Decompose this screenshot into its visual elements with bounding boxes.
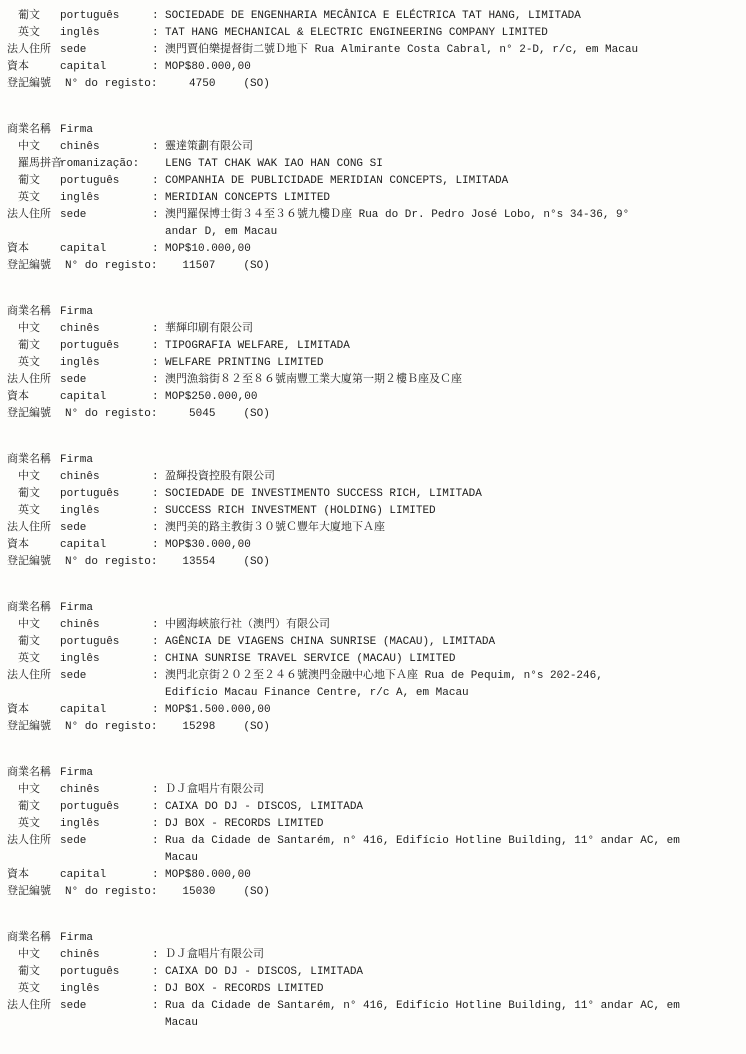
label-portuguese: sede (60, 998, 152, 1015)
colon-separator: : (152, 617, 165, 634)
field-value: 華輝印刷有限公司 (165, 321, 730, 338)
field-value: WELFARE PRINTING LIMITED (165, 355, 730, 372)
label-portuguese: capital (60, 867, 152, 884)
field-value: AGÊNCIA DE VIAGENS CHINA SUNRISE (MACAU)… (165, 634, 730, 651)
company-record: 商業名稱Firma中文chinês:ＤＪ盒唱片有限公司葡文português:C… (7, 930, 730, 1032)
label-portuguese: chinês (60, 617, 152, 634)
registration-suffix: (SO) (243, 76, 269, 93)
colon-separator: : (152, 372, 165, 389)
record-field-row: 法人住所sede:澳門漁翁街８２至８６號南豐工業大廈第一期２樓Ｂ座及Ｃ座 (7, 372, 730, 389)
company-record: 商業名稱Firma中文chinês:華輝印刷有限公司葡文português:TI… (7, 304, 730, 423)
label-chinese: 葡文 (7, 486, 60, 503)
record-field-row: 資本capital:MOP$1.500.000,00 (7, 702, 730, 719)
record-field-row: 葡文português:COMPANHIA DE PUBLICIDADE MER… (7, 173, 730, 190)
field-value: CHINA SUNRISE TRAVEL SERVICE (MACAU) LIM… (165, 651, 730, 668)
field-value: MOP$1.500.000,00 (165, 702, 730, 719)
colon-separator: : (152, 702, 165, 719)
label-portuguese: português (60, 964, 152, 981)
registration-suffix: (SO) (243, 884, 269, 901)
record-field-row: 葡文português:SOCIEDADE DE INVESTIMENTO SU… (7, 486, 730, 503)
colon-separator: : (152, 981, 165, 998)
record-field-row: 中文chinês:靈達策劃有限公司 (7, 139, 730, 156)
field-value: 澳門漁翁街８２至８６號南豐工業大廈第一期２樓Ｂ座及Ｃ座 (165, 372, 730, 389)
label-chinese: 英文 (7, 503, 60, 520)
colon-separator: : (152, 338, 165, 355)
label-portuguese: chinês (60, 321, 152, 338)
field-value: ＤＪ盒唱片有限公司 (165, 782, 730, 799)
record-field-row: 葡文português:CAIXA DO DJ - DISCOS, LIMITA… (7, 799, 730, 816)
colon-separator: : (152, 389, 165, 406)
record-field-row: 法人住所sede:澳門北京街２０２至２４６號澳門金融中心地下Ａ座 Rua de … (7, 668, 730, 702)
record-header-row: 商業名稱Firma (7, 930, 730, 947)
colon-separator: : (152, 486, 165, 503)
field-value: MERIDIAN CONCEPTS LIMITED (165, 190, 730, 207)
label-chinese: 葡文 (7, 8, 60, 25)
label-chinese: 資本 (7, 59, 60, 76)
label-portuguese: sede (60, 42, 152, 59)
label-chinese: 商業名稱 (7, 600, 60, 617)
record-header-row: 商業名稱Firma (7, 452, 730, 469)
colon-separator: : (152, 355, 165, 372)
label-chinese: 法人住所 (7, 998, 60, 1015)
field-value: 澳門美的路主教街３０號Ｃ豐年大廈地下Ａ座 (165, 520, 730, 537)
registration-number: 5045 (175, 406, 215, 423)
field-value: CAIXA DO DJ - DISCOS, LIMITADA (165, 799, 730, 816)
label-registo-portuguese: N° do registo: (65, 406, 157, 423)
label-portuguese: sede (60, 520, 152, 537)
record-field-row: 資本capital:MOP$80.000,00 (7, 59, 730, 76)
record-field-row: 中文chinês:ＤＪ盒唱片有限公司 (7, 947, 730, 964)
record-field-row: 英文inglês:SUCCESS RICH INVESTMENT (HOLDIN… (7, 503, 730, 520)
label-chinese: 中文 (7, 617, 60, 634)
field-value: CAIXA DO DJ - DISCOS, LIMITADA (165, 964, 730, 981)
field-value: DJ BOX - RECORDS LIMITED (165, 816, 730, 833)
field-value: 澳門北京街２０２至２４６號澳門金融中心地下Ａ座 Rua de Pequim, n… (165, 668, 730, 702)
field-value: LENG TAT CHAK WAK IAO HAN CONG SI (165, 156, 730, 173)
label-chinese: 資本 (7, 241, 60, 258)
record-field-row: 葡文português:SOCIEDADE DE ENGENHARIA MECÂ… (7, 8, 730, 25)
registration-suffix: (SO) (243, 258, 269, 275)
label-chinese: 中文 (7, 321, 60, 338)
label-registo-portuguese: N° do registo: (65, 884, 157, 901)
colon-separator: : (152, 190, 165, 207)
registration-number: 15298 (175, 719, 215, 736)
colon-separator: : (152, 503, 165, 520)
record-header-row: 商業名稱Firma (7, 122, 730, 139)
field-value: Rua da Cidade de Santarém, n° 416, Edifí… (165, 833, 730, 867)
label-registo-portuguese: N° do registo: (65, 719, 157, 736)
field-value: 澳門賈伯樂提督街二號Ｄ地下 Rua Almirante Costa Cabral… (165, 42, 730, 59)
label-chinese: 法人住所 (7, 833, 60, 850)
label-chinese: 登記編號 (7, 258, 60, 275)
colon-separator: : (152, 25, 165, 42)
label-portuguese: Firma (60, 600, 152, 617)
label-portuguese: sede (60, 372, 152, 389)
record-field-row: 英文inglês:DJ BOX - RECORDS LIMITED (7, 816, 730, 833)
record-field-row: 英文inglês:MERIDIAN CONCEPTS LIMITED (7, 190, 730, 207)
label-portuguese: Firma (60, 304, 152, 321)
label-chinese: 資本 (7, 389, 60, 406)
label-chinese: 商業名稱 (7, 304, 60, 321)
label-chinese: 登記編號 (7, 76, 60, 93)
record-field-row: 英文inglês:WELFARE PRINTING LIMITED (7, 355, 730, 372)
record-field-row: 羅馬拼音romanização:LENG TAT CHAK WAK IAO HA… (7, 156, 730, 173)
records-container: 葡文português:SOCIEDADE DE ENGENHARIA MECÂ… (7, 8, 730, 1032)
colon-separator: : (152, 207, 165, 224)
label-chinese: 中文 (7, 782, 60, 799)
label-registo-portuguese: N° do registo: (65, 554, 157, 571)
record-field-row: 法人住所sede:澳門美的路主教街３０號Ｃ豐年大廈地下Ａ座 (7, 520, 730, 537)
label-chinese: 法人住所 (7, 42, 60, 59)
record-field-row: 中文chinês:盈輝投資控股有限公司 (7, 469, 730, 486)
label-chinese: 商業名稱 (7, 122, 60, 139)
label-portuguese: sede (60, 207, 152, 224)
label-chinese: 中文 (7, 139, 60, 156)
label-chinese: 商業名稱 (7, 765, 60, 782)
label-chinese: 葡文 (7, 173, 60, 190)
field-value: SOCIEDADE DE INVESTIMENTO SUCCESS RICH, … (165, 486, 730, 503)
label-chinese: 法人住所 (7, 372, 60, 389)
colon-separator: : (152, 241, 165, 258)
label-registo-portuguese: N° do registo: (65, 258, 157, 275)
colon-separator: : (152, 998, 165, 1015)
label-chinese: 法人住所 (7, 207, 60, 224)
label-chinese: 英文 (7, 190, 60, 207)
record-field-row: 資本capital:MOP$80.000,00 (7, 867, 730, 884)
label-portuguese: português (60, 799, 152, 816)
label-portuguese: chinês (60, 947, 152, 964)
field-value: MOP$250.000,00 (165, 389, 730, 406)
label-portuguese: inglês (60, 190, 152, 207)
label-chinese: 商業名稱 (7, 930, 60, 947)
colon-separator: : (152, 947, 165, 964)
record-field-row: 英文inglês:DJ BOX - RECORDS LIMITED (7, 981, 730, 998)
label-portuguese: inglês (60, 816, 152, 833)
record-field-row: 中文chinês:中國海峽旅行社（澳門）有限公司 (7, 617, 730, 634)
label-chinese: 英文 (7, 355, 60, 372)
label-portuguese: português (60, 173, 152, 190)
colon-separator: : (152, 816, 165, 833)
colon-separator: : (152, 799, 165, 816)
label-chinese: 資本 (7, 702, 60, 719)
field-value: 中國海峽旅行社（澳門）有限公司 (165, 617, 730, 634)
record-field-row: 資本capital:MOP$10.000,00 (7, 241, 730, 258)
colon-separator: : (152, 8, 165, 25)
label-portuguese: inglês (60, 25, 152, 42)
label-chinese: 葡文 (7, 338, 60, 355)
label-portuguese: sede (60, 833, 152, 850)
label-portuguese: chinês (60, 139, 152, 156)
record-field-row: 法人住所sede:澳門羅保博士街３４至３６號九樓Ｄ座 Rua do Dr. Pe… (7, 207, 730, 241)
label-portuguese: capital (60, 59, 152, 76)
field-value: MOP$10.000,00 (165, 241, 730, 258)
label-chinese: 法人住所 (7, 520, 60, 537)
registration-number: 11507 (175, 258, 215, 275)
label-chinese: 中文 (7, 469, 60, 486)
registration-number: 13554 (175, 554, 215, 571)
label-chinese: 商業名稱 (7, 452, 60, 469)
record-field-row: 葡文português:CAIXA DO DJ - DISCOS, LIMITA… (7, 964, 730, 981)
field-value: Rua da Cidade de Santarém, n° 416, Edifí… (165, 998, 730, 1032)
label-chinese: 英文 (7, 651, 60, 668)
label-portuguese: inglês (60, 503, 152, 520)
registration-number-row: 登記編號N° do registo:13554(SO) (7, 554, 730, 571)
label-portuguese: chinês (60, 469, 152, 486)
label-registo-portuguese: N° do registo: (65, 76, 157, 93)
colon-separator: : (152, 782, 165, 799)
registration-number-row: 登記編號N° do registo:5045(SO) (7, 406, 730, 423)
label-portuguese: sede (60, 668, 152, 685)
record-field-row: 英文inglês:TAT HANG MECHANICAL & ELECTRIC … (7, 25, 730, 42)
record-field-row: 葡文português:TIPOGRAFIA WELFARE, LIMITADA (7, 338, 730, 355)
record-field-row: 中文chinês:ＤＪ盒唱片有限公司 (7, 782, 730, 799)
label-chinese: 英文 (7, 25, 60, 42)
field-value: MOP$80.000,00 (165, 867, 730, 884)
label-portuguese: inglês (60, 981, 152, 998)
company-record: 商業名稱Firma中文chinês:ＤＪ盒唱片有限公司葡文português:C… (7, 765, 730, 901)
field-value: SOCIEDADE DE ENGENHARIA MECÂNICA E ELÉCT… (165, 8, 730, 25)
registration-number-row: 登記編號N° do registo:11507(SO) (7, 258, 730, 275)
label-portuguese: romanização: (60, 156, 152, 173)
label-chinese: 羅馬拼音 (7, 156, 60, 173)
field-value: SUCCESS RICH INVESTMENT (HOLDING) LIMITE… (165, 503, 730, 520)
field-value: ＤＪ盒唱片有限公司 (165, 947, 730, 964)
field-value: DJ BOX - RECORDS LIMITED (165, 981, 730, 998)
label-portuguese: Firma (60, 930, 152, 947)
registration-number: 15030 (175, 884, 215, 901)
label-portuguese: inglês (60, 355, 152, 372)
label-chinese: 登記編號 (7, 406, 60, 423)
label-portuguese: português (60, 8, 152, 25)
registration-suffix: (SO) (243, 554, 269, 571)
field-value: MOP$80.000,00 (165, 59, 730, 76)
record-field-row: 資本capital:MOP$250.000,00 (7, 389, 730, 406)
label-chinese: 登記編號 (7, 884, 60, 901)
colon-separator: : (152, 833, 165, 850)
record-field-row: 法人住所sede:Rua da Cidade de Santarém, n° 4… (7, 998, 730, 1032)
colon-separator: : (152, 173, 165, 190)
label-chinese: 英文 (7, 816, 60, 833)
label-portuguese: chinês (60, 782, 152, 799)
label-portuguese: Firma (60, 122, 152, 139)
field-value: TIPOGRAFIA WELFARE, LIMITADA (165, 338, 730, 355)
field-value: 澳門羅保博士街３４至３６號九樓Ｄ座 Rua do Dr. Pedro José … (165, 207, 730, 241)
label-portuguese: português (60, 486, 152, 503)
field-value: 盈輝投資控股有限公司 (165, 469, 730, 486)
registration-suffix: (SO) (243, 406, 269, 423)
colon-separator: : (152, 634, 165, 651)
label-chinese: 資本 (7, 867, 60, 884)
registration-number-row: 登記編號N° do registo:15298(SO) (7, 719, 730, 736)
record-field-row: 資本capital:MOP$30.000,00 (7, 537, 730, 554)
colon-separator: : (152, 59, 165, 76)
record-field-row: 法人住所sede:Rua da Cidade de Santarém, n° 4… (7, 833, 730, 867)
colon-separator: : (152, 668, 165, 685)
company-record: 商業名稱Firma中文chinês:靈達策劃有限公司羅馬拼音romanizaçã… (7, 122, 730, 275)
label-chinese: 登記編號 (7, 554, 60, 571)
label-portuguese: português (60, 338, 152, 355)
record-header-row: 商業名稱Firma (7, 600, 730, 617)
colon-separator: : (152, 867, 165, 884)
label-portuguese: inglês (60, 651, 152, 668)
colon-separator: : (152, 520, 165, 537)
label-portuguese: capital (60, 241, 152, 258)
field-value: MOP$30.000,00 (165, 537, 730, 554)
document-page: 葡文português:SOCIEDADE DE ENGENHARIA MECÂ… (0, 0, 746, 1054)
label-chinese: 中文 (7, 947, 60, 964)
colon-separator: : (152, 42, 165, 59)
record-field-row: 英文inglês:CHINA SUNRISE TRAVEL SERVICE (M… (7, 651, 730, 668)
registration-number: 4750 (175, 76, 215, 93)
colon-separator: : (152, 651, 165, 668)
company-record: 商業名稱Firma中文chinês:中國海峽旅行社（澳門）有限公司葡文portu… (7, 600, 730, 736)
label-portuguese: Firma (60, 452, 152, 469)
field-value: 靈達策劃有限公司 (165, 139, 730, 156)
label-chinese: 葡文 (7, 634, 60, 651)
colon-separator: : (152, 321, 165, 338)
label-chinese: 葡文 (7, 799, 60, 816)
field-value: COMPANHIA DE PUBLICIDADE MERIDIAN CONCEP… (165, 173, 730, 190)
record-field-row: 中文chinês:華輝印刷有限公司 (7, 321, 730, 338)
registration-number-row: 登記編號N° do registo:15030(SO) (7, 884, 730, 901)
company-record: 商業名稱Firma中文chinês:盈輝投資控股有限公司葡文português:… (7, 452, 730, 571)
colon-separator: : (152, 537, 165, 554)
colon-separator: : (152, 139, 165, 156)
label-portuguese: capital (60, 389, 152, 406)
colon-separator: : (152, 964, 165, 981)
registration-number-row: 登記編號N° do registo:4750(SO) (7, 76, 730, 93)
record-header-row: 商業名稱Firma (7, 304, 730, 321)
record-header-row: 商業名稱Firma (7, 765, 730, 782)
company-record: 葡文português:SOCIEDADE DE ENGENHARIA MECÂ… (7, 8, 730, 93)
label-chinese: 資本 (7, 537, 60, 554)
record-field-row: 葡文português:AGÊNCIA DE VIAGENS CHINA SUN… (7, 634, 730, 651)
label-chinese: 葡文 (7, 964, 60, 981)
label-chinese: 英文 (7, 981, 60, 998)
colon-separator: : (152, 469, 165, 486)
registration-suffix: (SO) (243, 719, 269, 736)
label-portuguese: Firma (60, 765, 152, 782)
label-portuguese: capital (60, 702, 152, 719)
record-field-row: 法人住所sede:澳門賈伯樂提督街二號Ｄ地下 Rua Almirante Cos… (7, 42, 730, 59)
field-value: TAT HANG MECHANICAL & ELECTRIC ENGINEERI… (165, 25, 730, 42)
label-chinese: 法人住所 (7, 668, 60, 685)
label-portuguese: português (60, 634, 152, 651)
label-chinese: 登記編號 (7, 719, 60, 736)
label-portuguese: capital (60, 537, 152, 554)
